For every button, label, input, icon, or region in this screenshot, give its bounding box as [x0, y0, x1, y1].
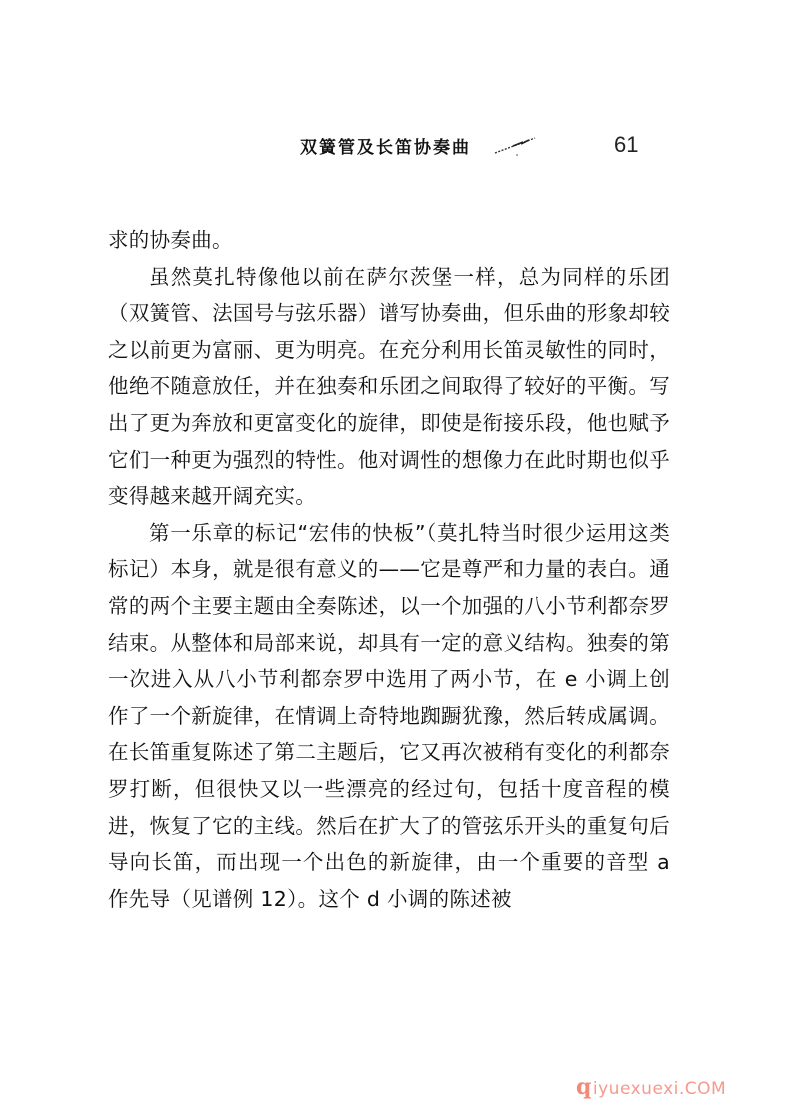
body-text: 求的协奏曲。 虽然莫扎特像他以前在萨尔茨堡一样，总为同样的乐团（双簧管、法国号与…: [108, 222, 670, 917]
paragraph: 虽然莫扎特像他以前在萨尔茨堡一样，总为同样的乐团（双簧管、法国号与弦乐器）谱写协…: [108, 259, 670, 515]
paragraph: 第一乐章的标记“宏伟的快板”（莫扎特当时很少运用这类标记）本身，就是很有意义的—…: [108, 515, 670, 918]
watermark-text: iyuexuexi.COM: [593, 1079, 726, 1099]
paragraph: 求的协奏曲。: [108, 222, 670, 259]
watermark: q iyuexuexi.COM: [576, 1074, 726, 1100]
watermark-logo-icon: q: [576, 1074, 592, 1100]
page-number: 61: [614, 132, 638, 158]
running-header-title: 双簧管及长笛协奏曲: [300, 133, 471, 158]
decorative-flourish-icon: [493, 134, 541, 156]
running-header: 双簧管及长笛协奏曲: [300, 128, 541, 162]
